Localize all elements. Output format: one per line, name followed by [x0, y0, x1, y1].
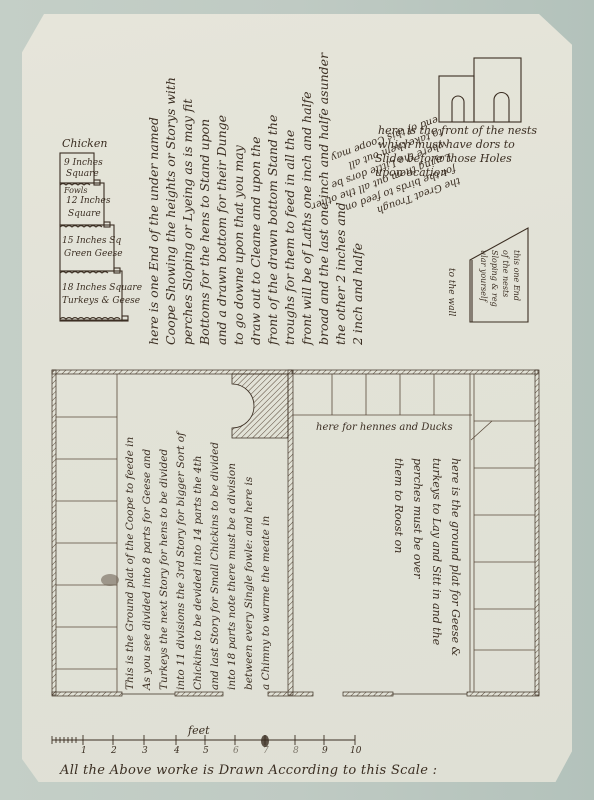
elevation-title: Chicken — [62, 137, 107, 150]
tier-4-label-b: Turkeys & Geese — [62, 296, 140, 306]
tier-1-label-b: Square — [66, 169, 99, 179]
ground-plan-right-text: here is the ground plat for Geese & turk… — [389, 458, 465, 656]
hens-ducks-label: here for hennes and Ducks — [316, 422, 453, 433]
nest-box-inner-text: this one End of the nests Sloping & reg … — [478, 250, 522, 307]
ink-blot — [101, 574, 119, 586]
footer-caption: All the Above worke is Drawn According t… — [60, 763, 437, 778]
nests-front-drawing — [439, 58, 521, 122]
tier-3-label-b: Green Geese — [64, 249, 123, 259]
tier-4-label-a: 18 Inches Square — [62, 283, 142, 293]
ground-plan-left-text: This is the Ground plat of the Coope to … — [122, 432, 275, 690]
scale-unit-label: feet — [188, 724, 210, 737]
tier-2-prefix: Fowls — [64, 186, 87, 195]
tier-3-label-a: 15 Inches Sq — [62, 236, 121, 246]
nest-box-side-label: to the wall — [441, 268, 460, 316]
tier-2-label-b: Square — [68, 209, 101, 219]
tier-1-label-a: 9 Inches — [64, 158, 103, 168]
tier-2-label-a: 12 Inches — [66, 196, 110, 206]
